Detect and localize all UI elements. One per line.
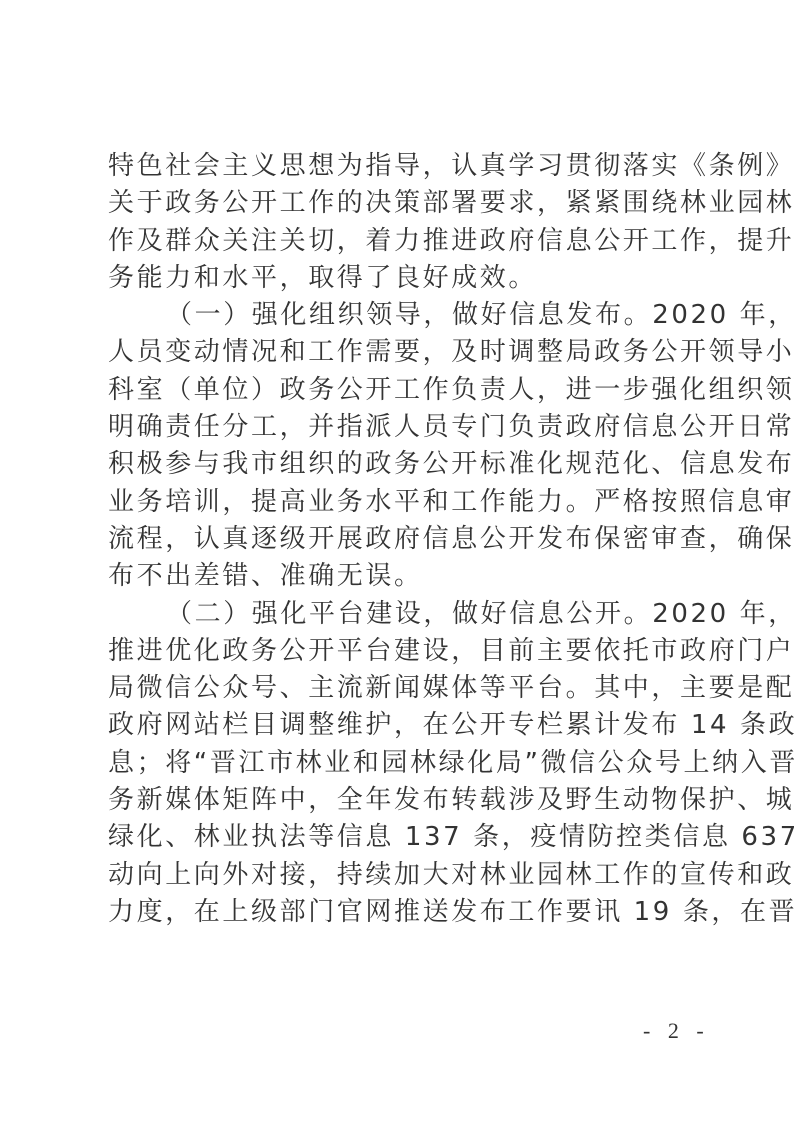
text-line: 务新媒体矩阵中，全年发布转载涉及野生动物保护、城市园林 [108, 782, 692, 819]
text-line: 积极参与我市组织的政务公开标准化规范化、信息发布等相关 [108, 446, 692, 483]
section-heading-line: （二）强化平台建设，做好信息公开。2020 年，我局持续 [108, 596, 692, 633]
text-line: 绿化、林业执法等信息 137 条，疫情防控类信息 637 条等；主 [108, 819, 692, 856]
text-line: 流程，认真逐级开展政府信息公开发布保密审查，确保信息发 [108, 521, 692, 558]
text-line: 动向上向外对接，持续加大对林业园林工作的宣传和政策解读 [108, 857, 692, 894]
paragraph-2-organization-leadership: （一）强化组织领导，做好信息发布。2020 年，我局根据 人员变动情况和工作需要… [108, 297, 692, 595]
text-line: 人员变动情况和工作需要，及时调整局政务公开领导小组及各 [108, 334, 692, 371]
paragraph-1: 特色社会主义思想为指导，认真学习贯彻落实《条例》和上级 关于政务公开工作的决策部… [108, 148, 692, 297]
text-line: 明确责任分工，并指派人员专门负责政府信息公开日常工作。 [108, 409, 692, 446]
paragraph-3-platform-building: （二）强化平台建设，做好信息公开。2020 年，我局持续 推进优化政务公开平台建… [108, 596, 692, 932]
text-line: 特色社会主义思想为指导，认真学习贯彻落实《条例》和上级 [108, 148, 692, 185]
text-line: 力度，在上级部门官网推送发布工作要讯 19 条，在晋江经济报、 [108, 894, 692, 931]
text-line: 息；将“晋江市林业和园林绿化局”微信公众号上纳入晋江政 [108, 745, 692, 782]
section-heading-line: （一）强化组织领导，做好信息发布。2020 年，我局根据 [108, 297, 692, 334]
text-line: 推进优化政务公开平台建设，目前主要依托市政府门户网站、 [108, 633, 692, 670]
body-text: 特色社会主义思想为指导，认真学习贯彻落实《条例》和上级 关于政务公开工作的决策部… [108, 148, 692, 931]
text-line: 布不出差错、准确无误。 [108, 558, 692, 595]
text-line: 关于政务公开工作的决策部署要求，紧紧围绕林业园林中心工 [108, 185, 692, 222]
text-line: 科室（单位）政务公开工作负责人，进一步强化组织领导工作， [108, 372, 692, 409]
document-page: 特色社会主义思想为指导，认真学习贯彻落实《条例》和上级 关于政务公开工作的决策部… [0, 0, 794, 1122]
page-number: - 2 - [643, 1018, 710, 1044]
text-line: 业务培训，提高业务水平和工作能力。严格按照信息审核发布 [108, 484, 692, 521]
text-line: 政府网站栏目调整维护，在公开专栏累计发布 14 条政府公开信 [108, 707, 692, 744]
text-line: 作及群众关注关切，着力推进政府信息公开工作，提升政务服 [108, 223, 692, 260]
text-line: 务能力和水平，取得了良好成效。 [108, 260, 692, 297]
text-line: 局微信公众号、主流新闻媒体等平台。其中，主要是配合做好 [108, 670, 692, 707]
